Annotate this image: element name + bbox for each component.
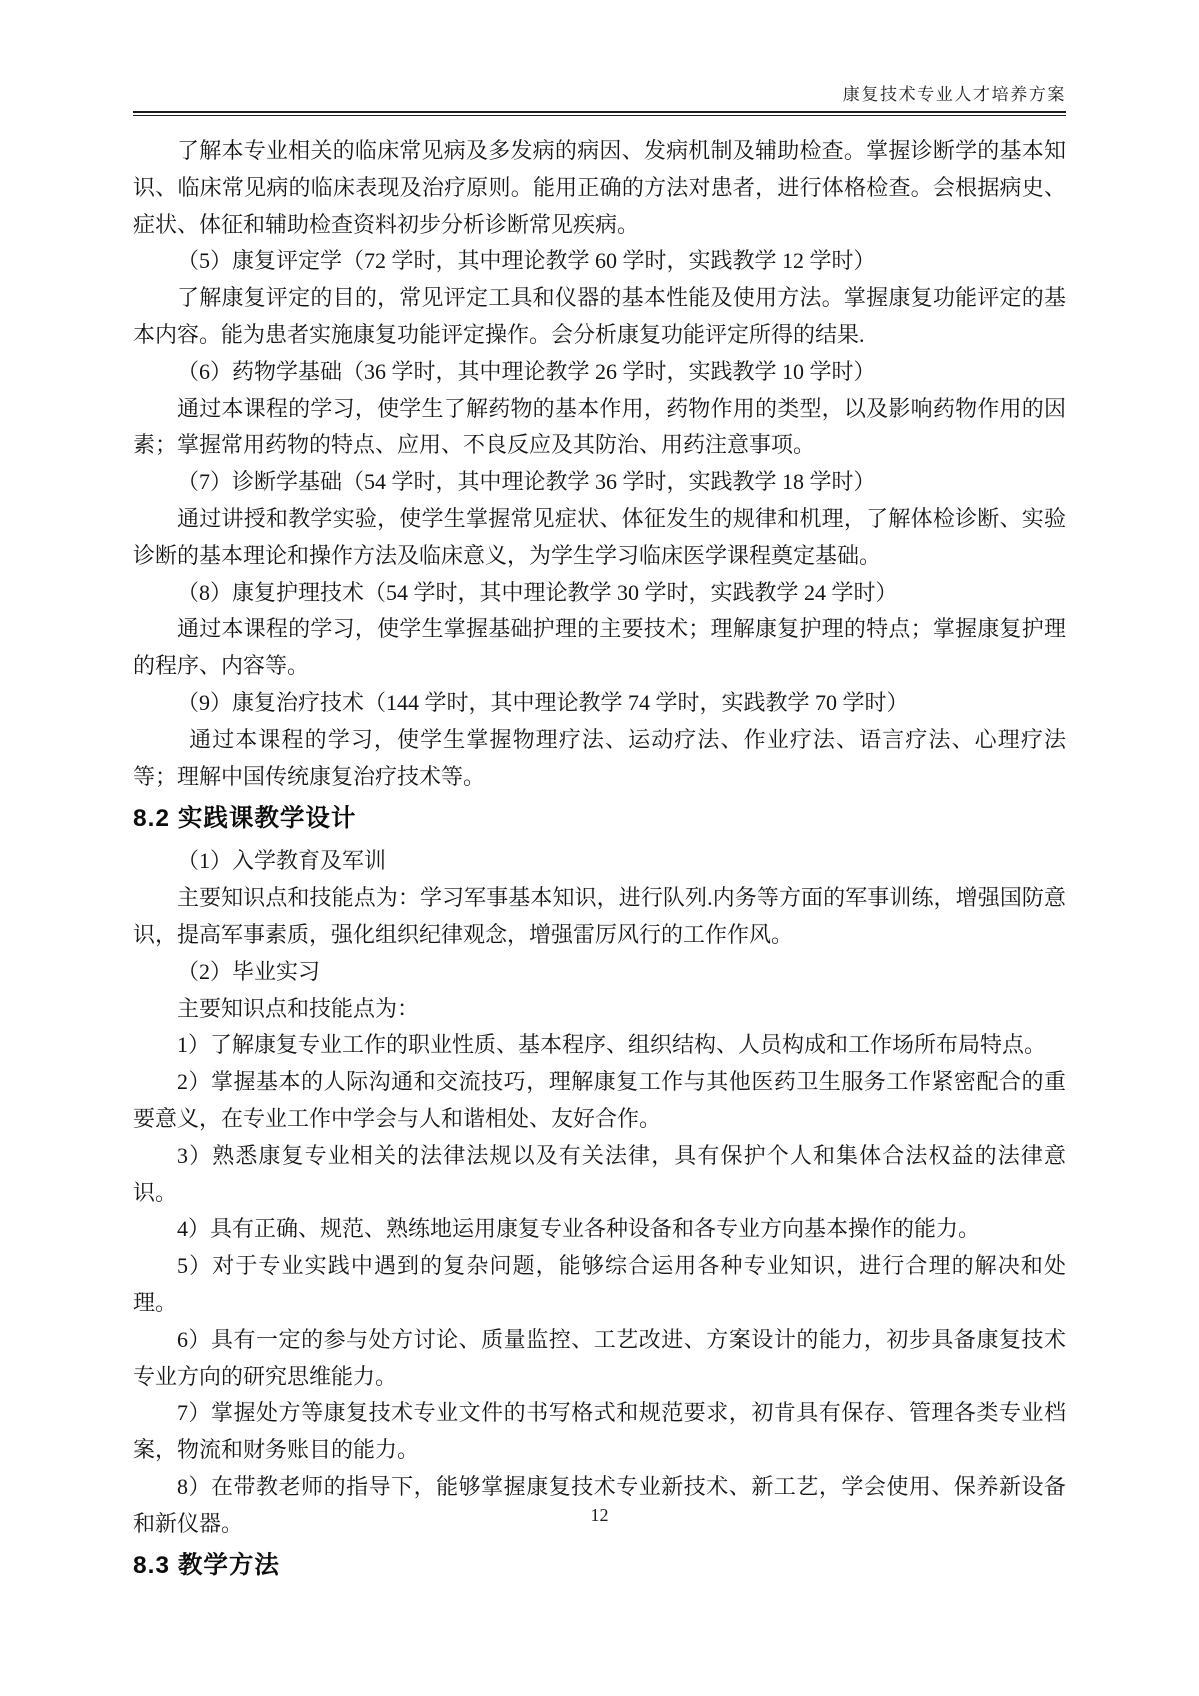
paragraph: 通过本课程的学习，使学生了解药物的基本作用，药物作用的类型，以及影响药物作用的因…: [133, 391, 1066, 465]
document-page: 康复技术专业人才培养方案 了解本专业相关的临床常见病及多发病的病因、发病机制及辅…: [0, 0, 1199, 1696]
list-item: 4）具有正确、规范、熟练地运用康复专业各种设备和各专业方向基本操作的能力。: [133, 1211, 1066, 1248]
course-item: （6）药物学基础（36 学时，其中理论教学 26 学时，实践教学 10 学时）: [133, 354, 1066, 391]
list-item: 1）了解康复专业工作的职业性质、基本程序、组织结构、人员构成和工作场所布局特点。: [133, 1027, 1066, 1064]
course-item: （8）康复护理技术（54 学时，其中理论教学 30 学时，实践教学 24 学时）: [133, 575, 1066, 612]
subsection-item: （2）毕业实习: [133, 954, 1066, 991]
subsection-item: （1）入学教育及军训: [133, 843, 1066, 880]
section-heading-8-2: 8.2 实践课教学设计: [133, 797, 1066, 841]
list-item: 6）具有一定的参与处方讨论、质量监控、工艺改进、方案设计的能力，初步具备康复技术…: [133, 1322, 1066, 1396]
paragraph: 主要知识点和技能点为：: [133, 991, 1066, 1028]
paragraph: 主要知识点和技能点为：学习军事基本知识，进行队列.内务等方面的军事训练，增强国防…: [133, 880, 1066, 954]
paragraph: 了解康复评定的目的，常见评定工具和仪器的基本性能及使用方法。掌握康复功能评定的基…: [133, 280, 1066, 354]
document-body: 了解本专业相关的临床常见病及多发病的病因、发病机制及辅助检查。掌握诊断学的基本知…: [133, 133, 1066, 1588]
header-rule: [133, 111, 1066, 116]
paragraph: 通过本课程的学习，使学生掌握基础护理的主要技术；理解康复护理的特点；掌握康复护理…: [133, 611, 1066, 685]
section-heading-8-3: 8.3 教学方法: [133, 1544, 1066, 1588]
course-item: （5）康复评定学（72 学时，其中理论教学 60 学时，实践教学 12 学时）: [133, 243, 1066, 280]
course-item: （9）康复治疗技术（144 学时，其中理论教学 74 学时，实践教学 70 学时…: [133, 685, 1066, 722]
paragraph: 通过本课程的学习，使学生掌握物理疗法、运动疗法、作业疗法、语言疗法、心理疗法等；…: [133, 722, 1066, 796]
course-item: （7）诊断学基础（54 学时，其中理论教学 36 学时，实践教学 18 学时）: [133, 464, 1066, 501]
page-number: 12: [0, 1505, 1199, 1526]
page-header: 康复技术专业人才培养方案: [133, 0, 1066, 116]
list-item: 7）掌握处方等康复技术专业文件的书写格式和规范要求，初肯具有保存、管理各类专业档…: [133, 1395, 1066, 1469]
paragraph: 了解本专业相关的临床常见病及多发病的病因、发病机制及辅助检查。掌握诊断学的基本知…: [133, 133, 1066, 243]
header-title: 康复技术专业人才培养方案: [133, 84, 1066, 106]
list-item: 5）对于专业实践中遇到的复杂问题，能够综合运用各种专业知识，进行合理的解决和处理…: [133, 1248, 1066, 1322]
paragraph: 通过讲授和教学实验，使学生掌握常见症状、体征发生的规律和机理，了解体检诊断、实验…: [133, 501, 1066, 575]
list-item: 2）掌握基本的人际沟通和交流技巧，理解康复工作与其他医药卫生服务工作紧密配合的重…: [133, 1064, 1066, 1138]
list-item: 3）熟悉康复专业相关的法律法规以及有关法律，具有保护个人和集体合法权益的法律意识…: [133, 1138, 1066, 1212]
